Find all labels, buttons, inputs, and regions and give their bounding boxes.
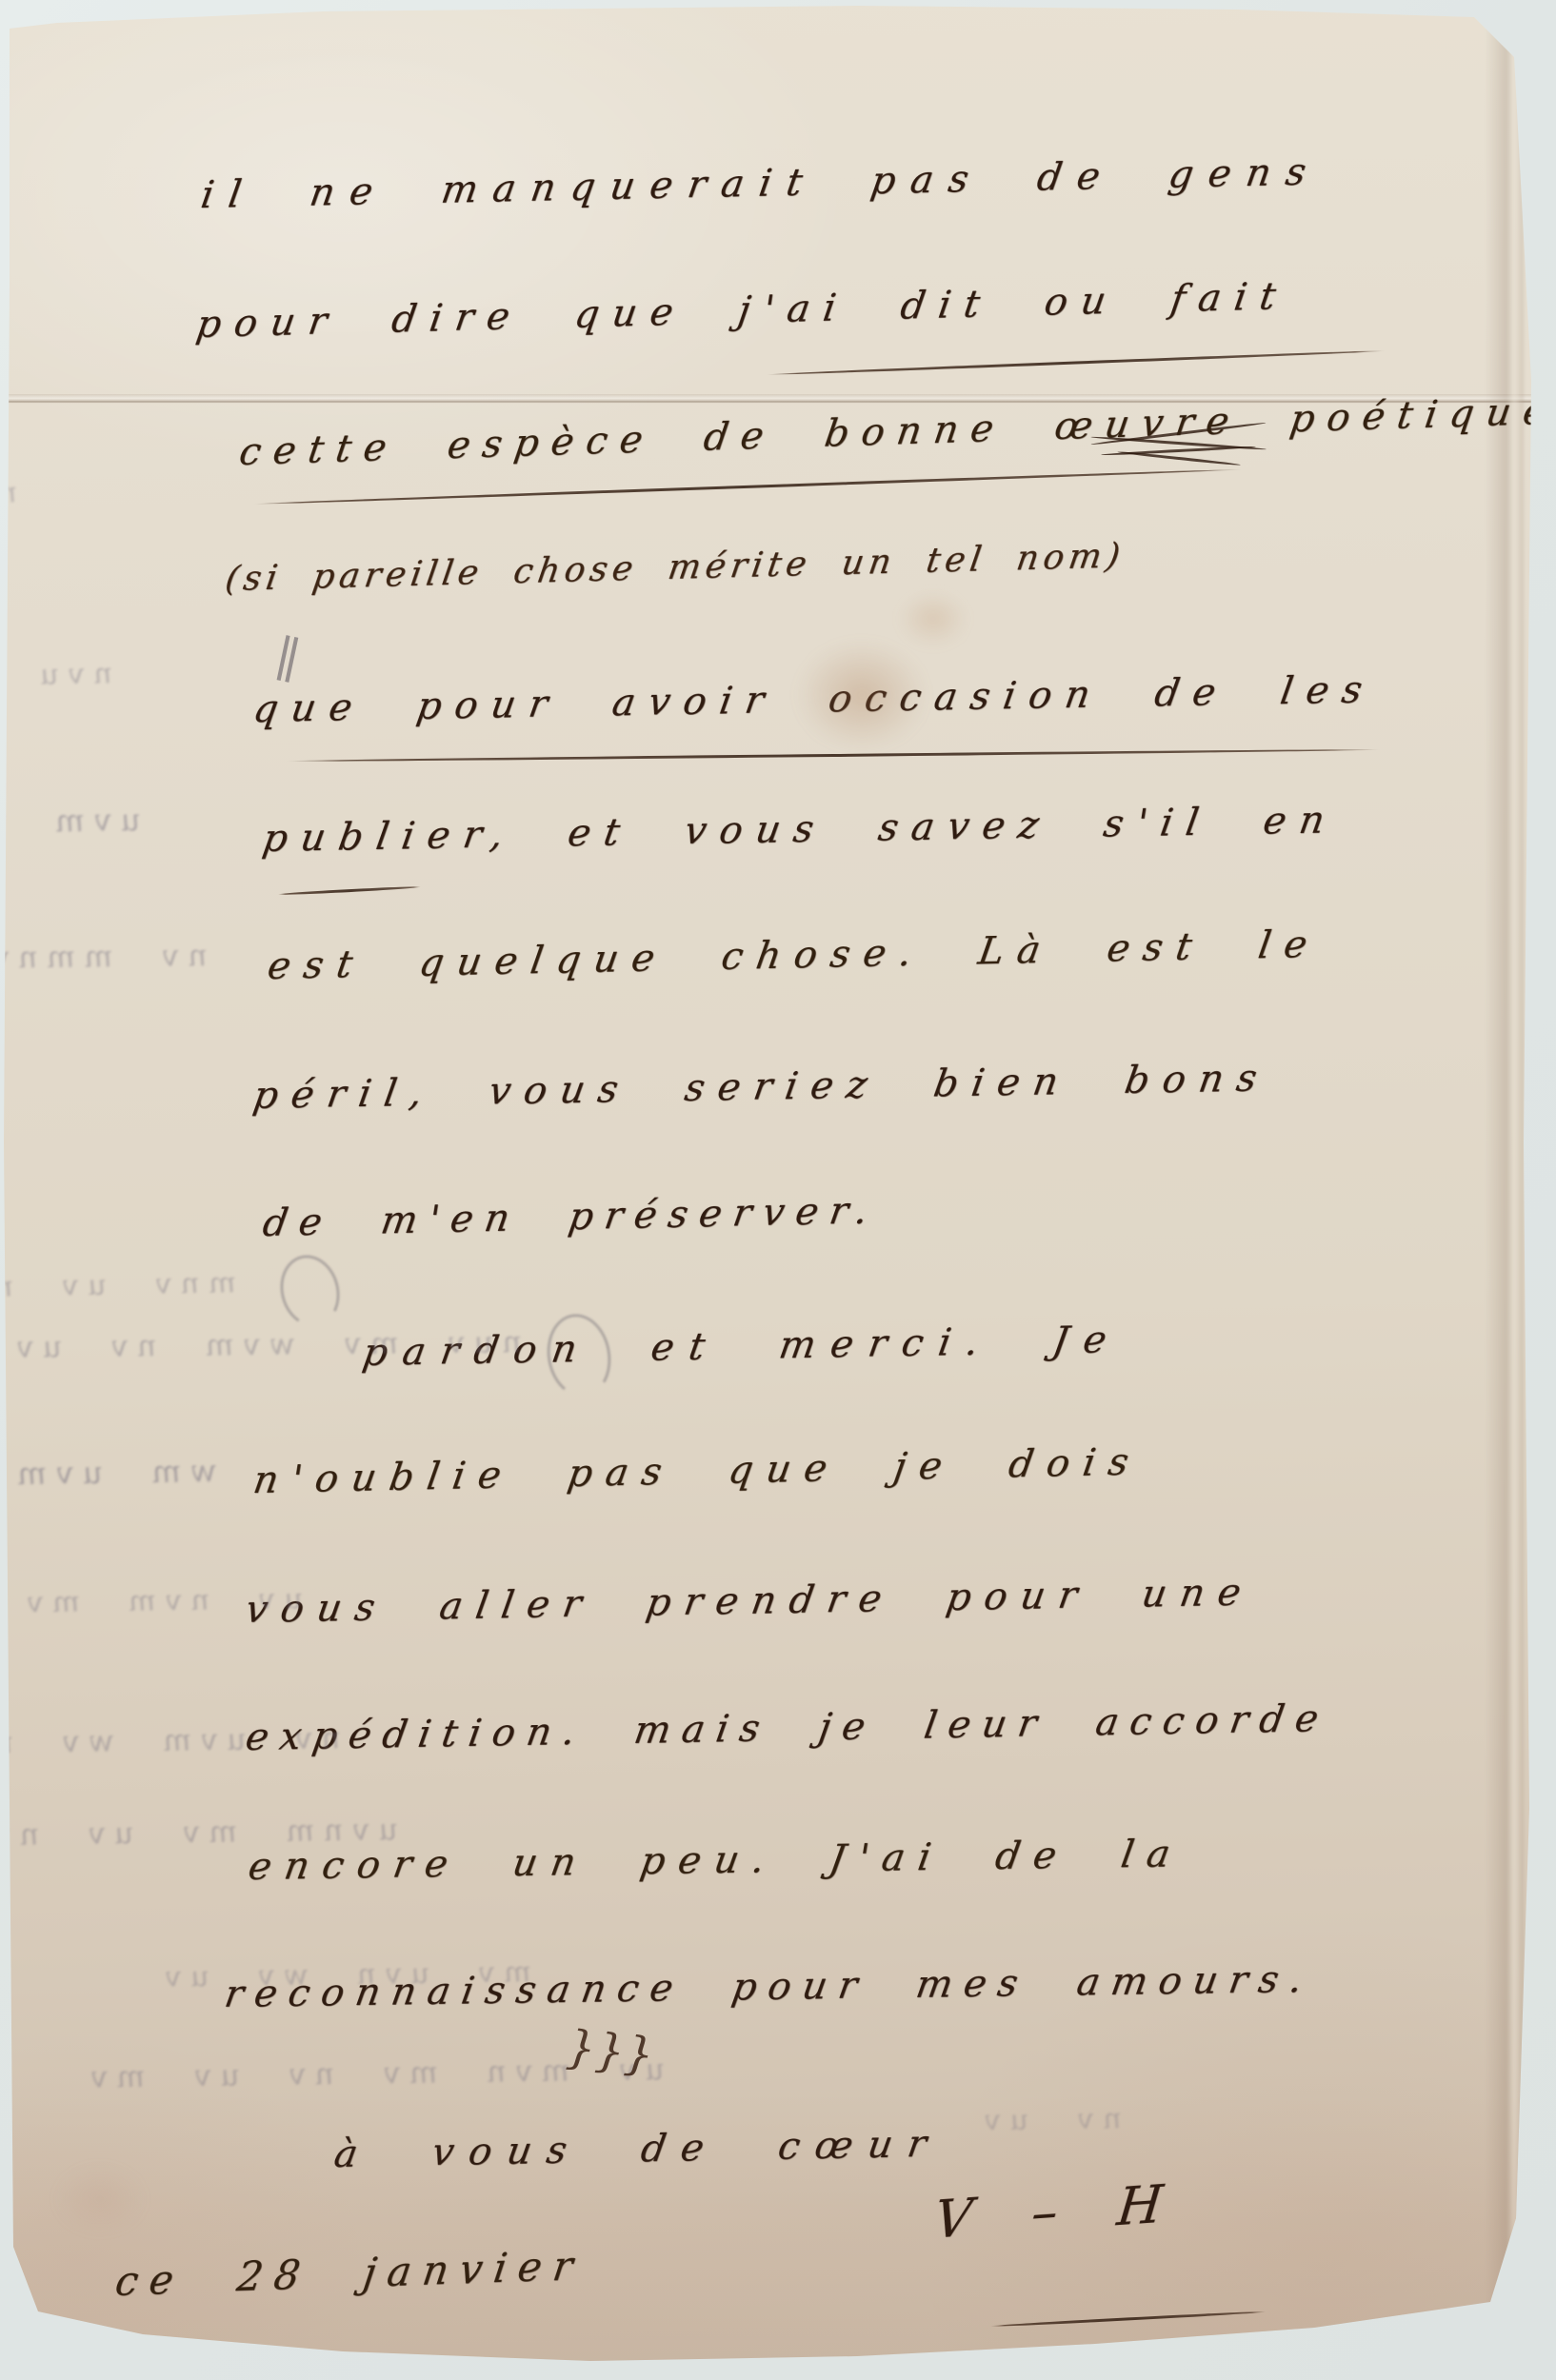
bleedthrough-marks: mnv uv mm nuv [0,1266,238,1307]
bleedthrough-marks: uvm mnnv wmv mnuv m [0,802,143,846]
photo-background: il ne manquerait pas de genspour dire qu… [0,0,1556,2380]
paper-stain [886,581,981,657]
handwritten-line: est quelque chose. Là est le [265,922,1324,988]
bleedthrough-marks: nv uv [973,2102,1124,2137]
scribble-stroke [1117,450,1240,466]
handwritten-line: il ne manquerait pas de gens [198,149,1325,217]
handwritten-line: pour dire que j'ai dit ou fait [193,274,1291,347]
letter-paper: il ne manquerait pas de genspour dire qu… [0,0,1556,2380]
bleedthrough-marks: mnu vmun [0,476,19,515]
ink-flourish-mark: }}} [564,2020,656,2082]
handwritten-line: n'oublie pas que je dois [250,1439,1145,1502]
handwritten-line: vous aller prendre pour une [243,1571,1258,1633]
ink-underline [278,885,421,896]
bleedthrough-marks: mv uvn wv uv [153,1955,533,1994]
ink-flourish-mark: ∥ [270,630,305,691]
bleedthrough-curl [541,1309,617,1402]
ink-underline [252,468,1242,506]
bleedthrough-marks: wm uvm nv mmv uv nuv [0,1453,219,1498]
handwritten-line: péril, vous seriez bien bons [250,1056,1273,1118]
bleedthrough-marks: nuv mv wvm nv uv [5,1325,524,1365]
handwritten-line: de m'en préserver. [260,1188,883,1245]
right-fold-edge [1486,19,1524,2313]
bleedthrough-curl [272,1248,348,1333]
bleedthrough-marks: nvu mmm uv nn [0,657,114,698]
bleedthrough-marks: uv nvm mv uvm [0,1582,305,1621]
handwritten-line: expédition. mais je leur accorde [243,1696,1333,1759]
paper-stain [38,2152,162,2247]
ink-underline [767,349,1386,376]
scribble-stroke [1101,446,1256,457]
bleedthrough-marks: nv mmnvu unm mv uuv [0,939,209,980]
handwritten-line: publier, et vous savez s'il en [260,798,1341,861]
handwritten-line: (si pareille chose mérite un tel nom) [223,536,1127,599]
